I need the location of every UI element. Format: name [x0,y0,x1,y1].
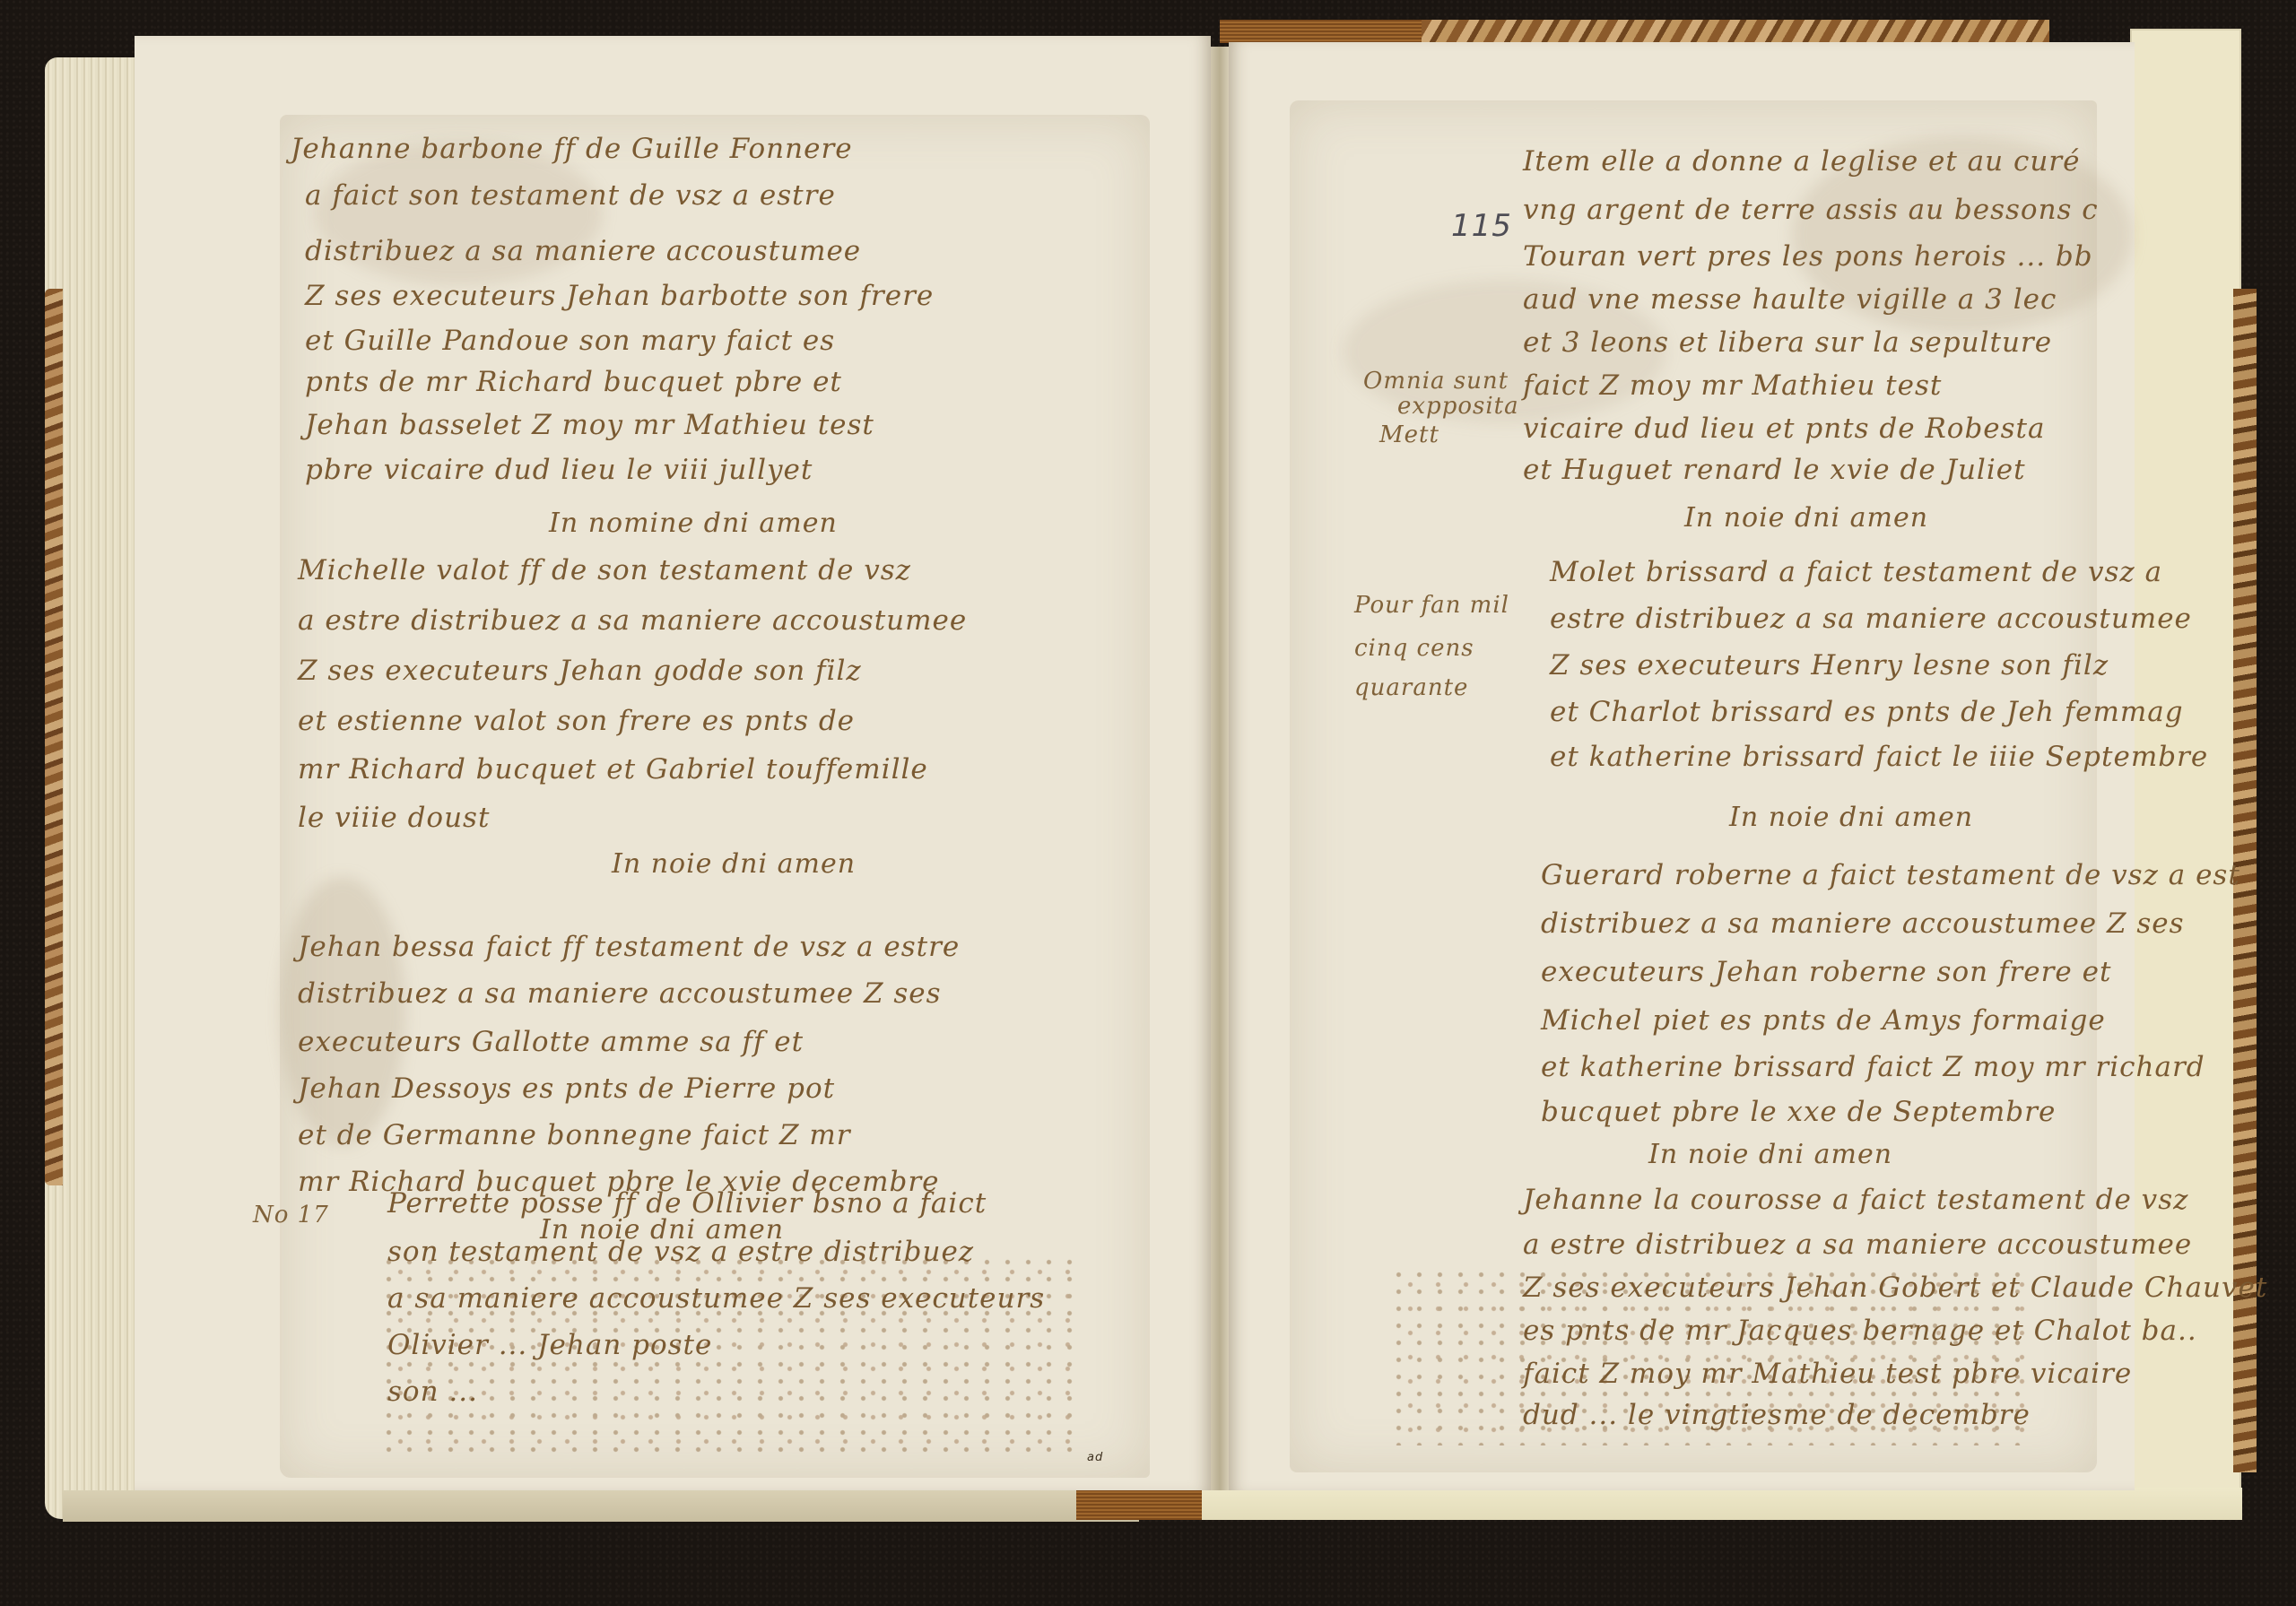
manuscript-line: es pnts de mr Jacques bernage et Chalot … [1523,1315,2197,1347]
invocation-heading: In noie dni amen [1684,502,1928,534]
manuscript-line: Touran vert pres les pons herois ... bb [1523,240,2093,273]
manuscript-line: Jehan bessa faict ff testament de vsz a … [298,931,960,963]
folio-number: 115 [1451,208,1512,244]
manuscript-line: vng argent de terre assis au bessons c [1523,194,2099,226]
marbled-board-top [1422,20,2049,43]
manuscript-line: distribuez a sa maniere accoustumee Z se… [298,977,942,1010]
manuscript-line: executeurs Jehan roberne son frere et [1541,956,2111,988]
manuscript-line: Molet brissard a faict testament de vsz … [1550,556,2162,588]
manuscript-line: mr Richard bucquet et Gabriel touffemill… [298,753,928,786]
manuscript-line: distribuez a sa maniere accoustumee Z se… [1541,907,2185,940]
archival-mark: ad [1087,1451,1103,1464]
manuscript-line: et Huguet renard le xvie de Juliet [1523,454,2026,486]
manuscript-line: et katherine brissard faict Z moy mr ric… [1541,1051,2205,1083]
entry-number-margin: No 17 [253,1202,329,1228]
bottom-cover-board [1202,1488,2242,1520]
margin-note: expposita [1397,393,1519,420]
left-bottom-page-edge [63,1490,1139,1522]
manuscript-line: et katherine brissard faict le iiie Sept… [1550,741,2208,773]
leather-spine-bottom [1076,1488,1206,1520]
manuscript-line: a estre distribuez a sa maniere accoustu… [1523,1228,2192,1261]
margin-note: quarante [1354,674,1468,701]
manuscript-line: dud ... le vingtiesme de decembre [1523,1399,2031,1431]
manuscript-line: Z ses executeurs Henry lesne son filz [1550,649,2109,681]
manuscript-line: aud vne messe haulte vigille a 3 lec [1523,283,2057,316]
manuscript-line: a sa maniere accoustumee Z ses executeur… [387,1282,1045,1315]
manuscript-line: Item elle a donne a leglise et au curé [1523,145,2080,178]
manuscript-line: Jehanne barbone ff de Guille Fonnere [291,133,853,165]
manuscript-line: a faict son testament de vsz a estre [305,179,836,212]
left-manuscript-leaf: Jehanne barbone ff de Guille Fonnere a f… [280,115,1150,1478]
manuscript-line: faict Z moy mr Mathieu test [1523,369,1942,402]
manuscript-line: pnts de mr Richard bucquet pbre et [305,366,842,398]
open-book: Jehanne barbone ff de Guille Fonnere a f… [45,20,2260,1589]
margin-note: Mett [1379,421,1439,448]
manuscript-line: vicaire dud lieu et pnts de Robesta [1523,412,2045,445]
manuscript-line: Jehan basselet Z moy mr Mathieu test [305,409,874,441]
manuscript-line: executeurs Gallotte amme sa ff et [298,1026,804,1058]
margin-note: Pour fan mil [1354,592,1509,619]
margin-note: cinq cens [1354,635,1474,662]
margin-note: Omnia sunt [1363,368,1509,395]
manuscript-line: distribuez a sa maniere accoustumee [305,235,861,267]
invocation-heading: In noie dni amen [1729,802,1973,833]
manuscript-line: faict Z moy mr Mathieu test pbre vicaire [1523,1358,2132,1390]
manuscript-line: estre distribuez a sa maniere accoustume… [1550,603,2192,635]
manuscript-line: et 3 leons et libera sur la sepulture [1523,326,2052,359]
manuscript-line: Guerard roberne a faict testament de vsz… [1541,859,2240,891]
manuscript-line: Olivier ... Jehan poste [387,1329,712,1361]
manuscript-line: Michelle valot ff de son testament de vs… [298,554,911,586]
manuscript-line: son ... [387,1376,478,1408]
invocation-heading: In noie dni amen [612,848,856,880]
left-marbled-cover [45,289,63,1185]
manuscript-line: et estienne valot son frere es pnts de [298,705,855,737]
manuscript-line: Z ses executeurs Jehan barbotte son frer… [305,280,934,312]
right-manuscript-leaf: 115 Item elle a donne a leglise et au cu… [1290,100,2097,1472]
manuscript-line: le viiie doust [298,802,490,834]
manuscript-line: et de Germanne bonnegne faict Z mr [298,1119,851,1151]
manuscript-line: son testament de vsz a estre distribuez [387,1236,974,1268]
manuscript-line: Z ses executeurs Jehan Gobert et Claude … [1523,1272,2267,1304]
manuscript-line: et Charlot brissard es pnts de Jeh femma… [1550,696,2184,728]
manuscript-line: Jehanne la courosse a faict testament de… [1523,1184,2188,1216]
manuscript-line: bucquet pbre le xxe de Septembre [1541,1096,2056,1128]
invocation-heading: In noie dni amen [1648,1139,1892,1170]
manuscript-line: Jehan Dessoys es pnts de Pierre pot [298,1072,835,1105]
manuscript-line: Michel piet es pnts de Amys formaige [1541,1004,2106,1037]
water-stain [280,877,405,1146]
manuscript-line: a estre distribuez a sa maniere accoustu… [298,604,967,637]
manuscript-line: Z ses executeurs Jehan godde son filz [298,655,862,687]
manuscript-line: Perrette posse ff de Ollivier bsno a fai… [387,1187,987,1220]
invocation-heading: In nomine dni amen [549,508,838,539]
manuscript-line: et Guille Pandoue son mary faict es [305,325,835,357]
manuscript-line: pbre vicaire dud lieu le viii jullyet [305,454,813,486]
gutter [1211,47,1229,1490]
